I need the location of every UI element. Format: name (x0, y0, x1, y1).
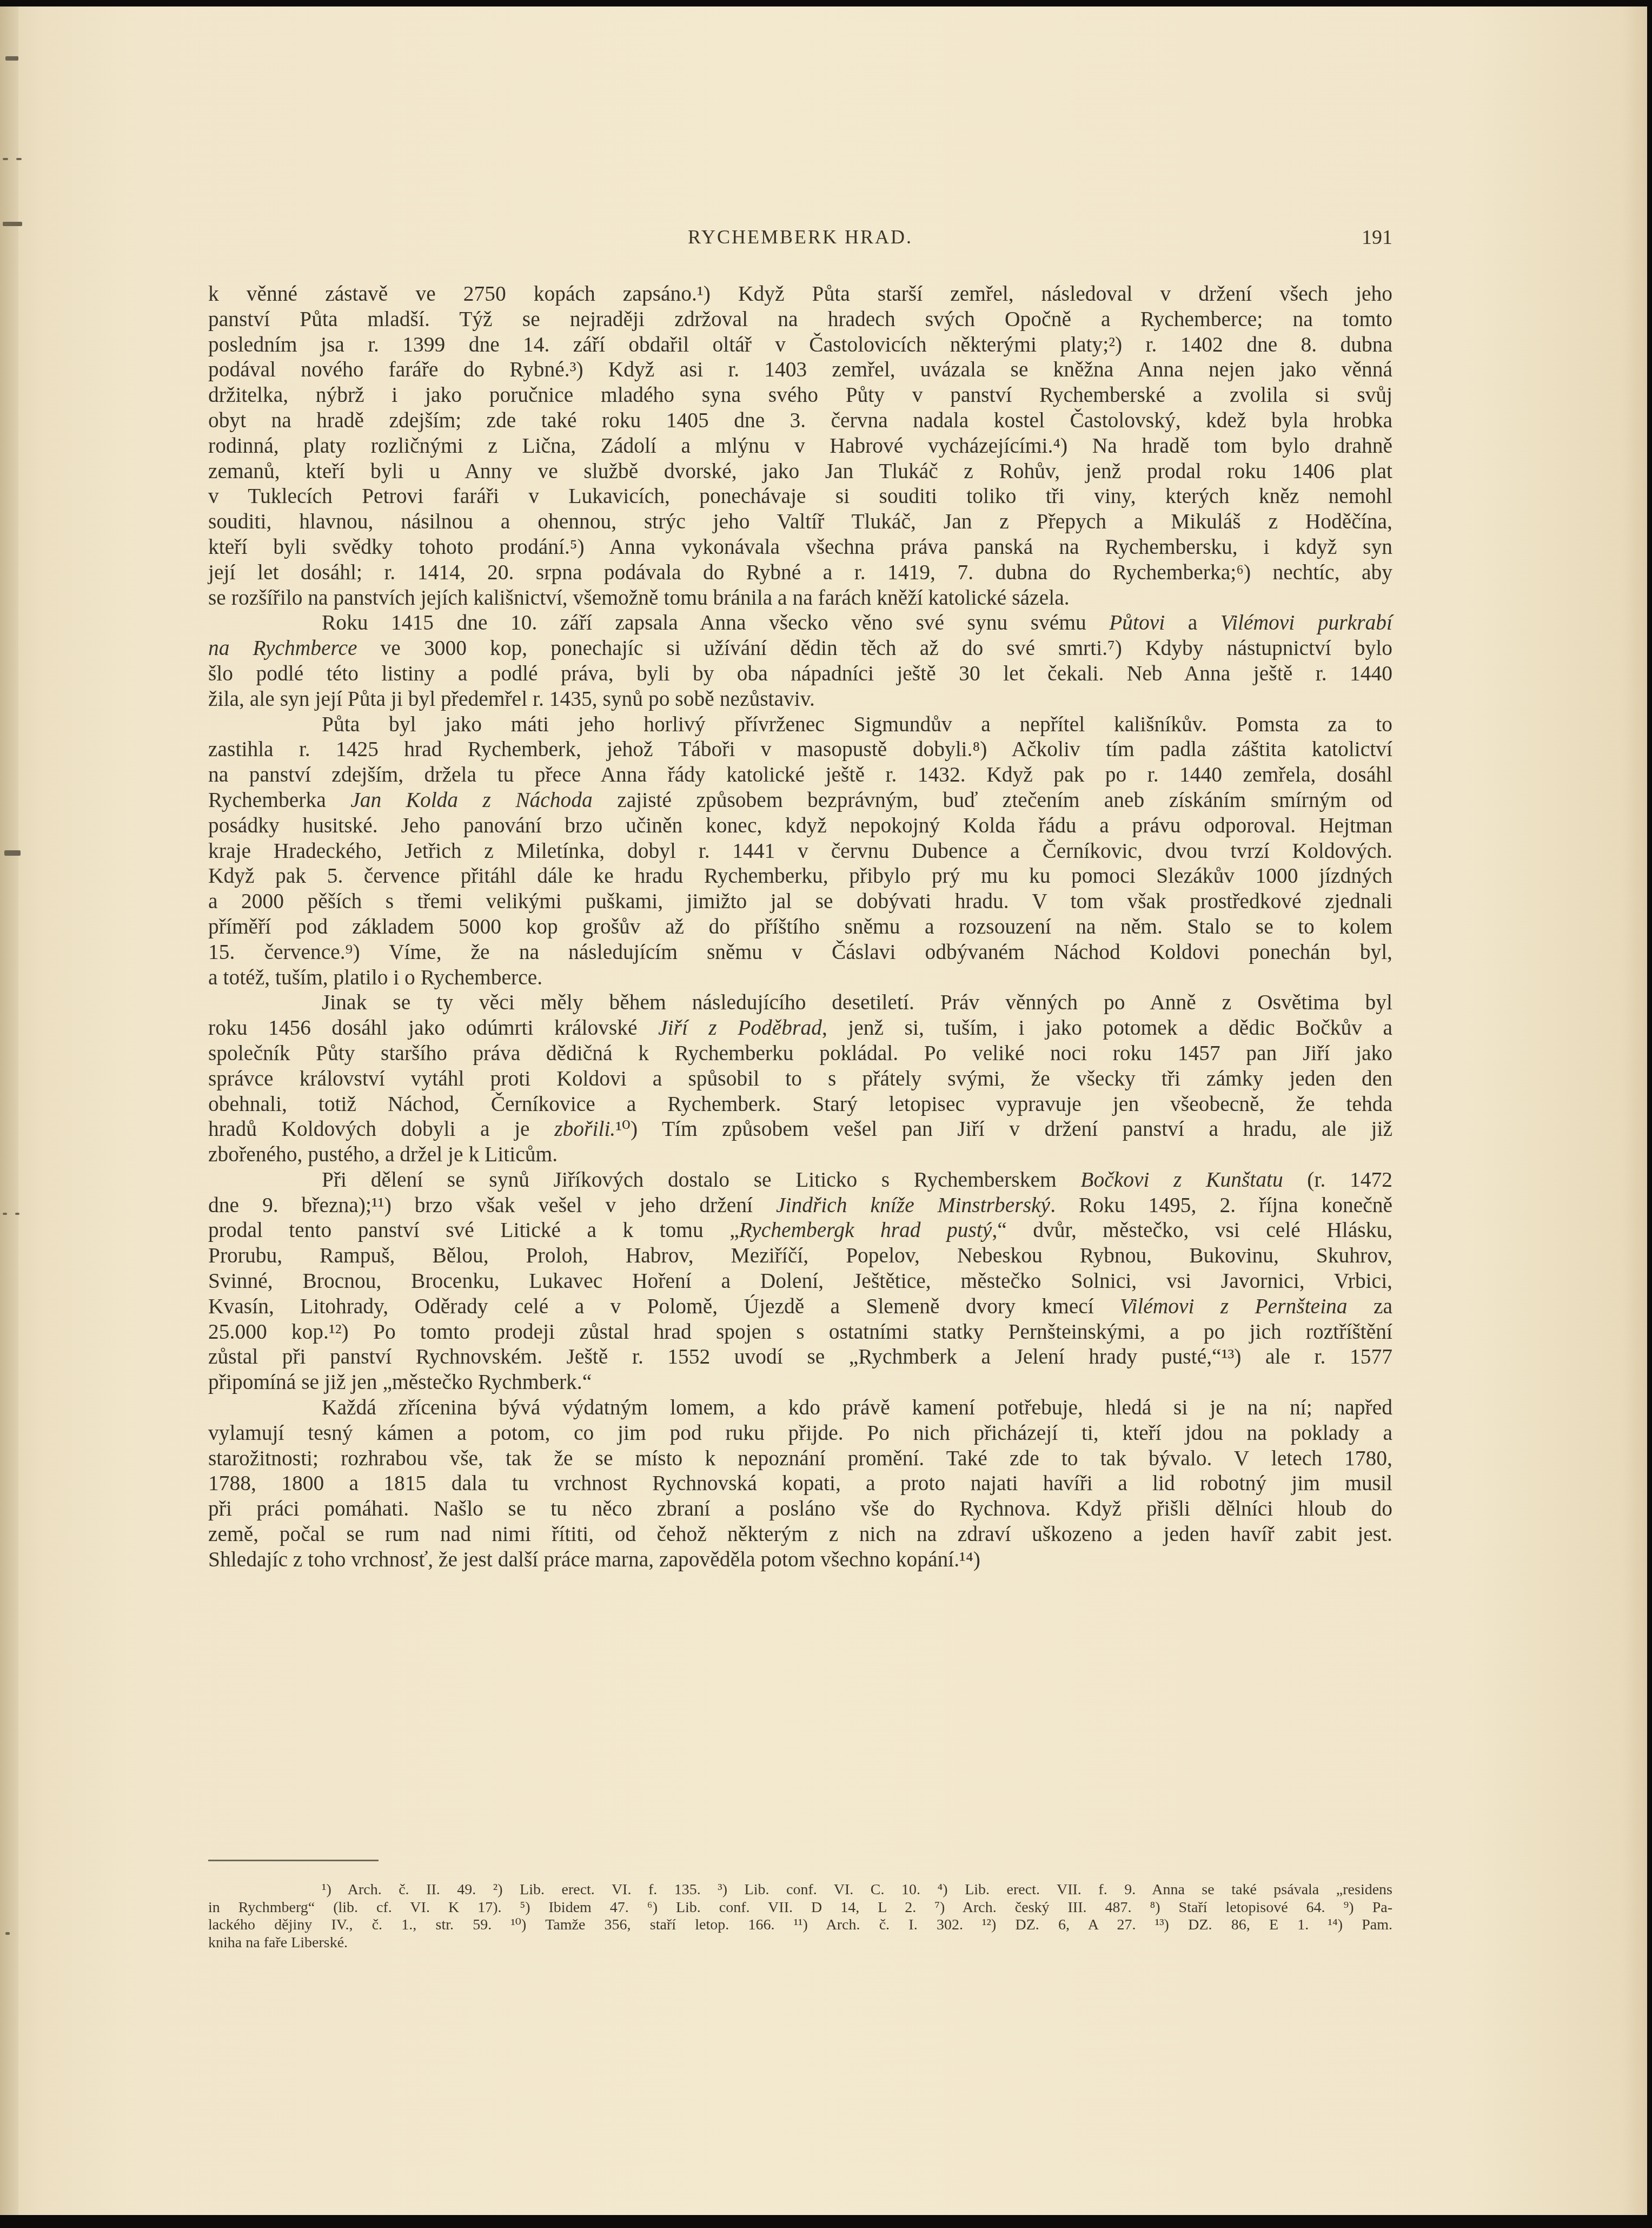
text-line: zastihla r. 1425 hrad Rychemberk, jehož … (208, 737, 1392, 762)
text-line: Jinak se ty věci měly během následujícíh… (208, 990, 1392, 1015)
text-line: a totéž, tuším, platilo i o Rychemberce. (208, 965, 1392, 990)
edge-mark (3, 1213, 7, 1215)
footnote-divider (208, 1860, 379, 1861)
text-line: kraje Hradeckého, Jetřich z Miletínka, d… (208, 838, 1392, 864)
italic-name: Bočkovi z Kunštatu (1080, 1168, 1283, 1192)
paragraph-6: Každá zřícenina bývá výdatným lomem, a k… (208, 1395, 1392, 1572)
text-line: Svinné, Brocnou, Brocenku, Lukavec Hořen… (208, 1268, 1392, 1294)
running-title: RYCHEMBERK HRAD. (208, 226, 1392, 248)
text-line: na Rychmberce ve 3000 kop, ponechajíc si… (208, 636, 1392, 661)
footnote-line: ¹) Arch. č. II. 49. ²) Lib. erect. VI. f… (208, 1881, 1392, 1899)
text-line: v Tuklecích Petrovi faráři v Lukavicích,… (208, 484, 1392, 509)
text-line: Shledajíc z toho vrchnosť, že jest další… (208, 1547, 1392, 1572)
text-line: k věnné zástavě ve 2750 kopách zapsáno.¹… (208, 281, 1392, 307)
text-line: obyt na hradě zdejším; zde také roku 140… (208, 408, 1392, 433)
text-line: příměří pod základem 5000 kop grošův až … (208, 914, 1392, 940)
edge-mark (5, 56, 18, 61)
text-line: Rychemberka Jan Kolda z Náchoda zajisté … (208, 788, 1392, 813)
italic-name: Půtovi (1109, 611, 1165, 634)
text-line: 25.000 kop.¹²) Po tomto prodeji zůstal h… (208, 1319, 1392, 1345)
text-line: její let dosáhl; r. 1414, 20. srpna podá… (208, 560, 1392, 585)
italic-word: zbořili. (554, 1117, 615, 1141)
text-line: Půta byl jako máti jeho horlivý přívržen… (208, 712, 1392, 737)
text-line: vylamují tesný kámen a potom, co jim pod… (208, 1420, 1392, 1446)
paragraph-4: Jinak se ty věci měly během následujícíh… (208, 990, 1392, 1167)
text-line: posledním jsa r. 1399 dne 14. září obdař… (208, 332, 1392, 358)
edge-mark (4, 850, 21, 856)
paragraph-5: Při dělení se synů Jiříkových dostalo se… (208, 1167, 1392, 1395)
text-line: zemanů, kteří byli u Anny ve službě dvor… (208, 459, 1392, 484)
text-line: 1788, 1800 a 1815 dala tu vrchnost Rychn… (208, 1471, 1392, 1496)
paragraph-1: k věnné zástavě ve 2750 kopách zapsáno.¹… (208, 281, 1392, 610)
text-line: panství Půta mladší. Týž se nejraději zd… (208, 307, 1392, 332)
italic-name: Jindřich kníže Minstrberský (776, 1193, 1050, 1217)
edge-mark (3, 158, 8, 160)
italic-name: na Rychmberce (208, 636, 357, 660)
italic-name: Jiří z Poděbrad (658, 1016, 822, 1040)
text-line: při práci pomáhati. Našlo se tu něco zbr… (208, 1496, 1392, 1522)
text-line: žila, ale syn její Půta ji byl předemřel… (208, 686, 1392, 712)
paragraph-2: Roku 1415 dne 10. září zapsala Anna všec… (208, 610, 1392, 711)
text-line: souditi, hlavnou, násilnou a ohennou, st… (208, 509, 1392, 534)
text-line: obehnali, totiž Náchod, Černíkovice a Ry… (208, 1092, 1392, 1117)
text-line: připomíná se již jen „městečko Rychmberk… (208, 1370, 1392, 1395)
text-line: zbořeného, pustého, a držel je k Liticům… (208, 1142, 1392, 1167)
text-line: Při dělení se synů Jiříkových dostalo se… (208, 1167, 1392, 1193)
text-line: starožitnosti; rozhrabou vše, tak že se … (208, 1446, 1392, 1471)
footnotes: ¹) Arch. č. II. 49. ²) Lib. erect. VI. f… (208, 1881, 1392, 1952)
text-line: země, počal se rum nad nimi řítiti, od č… (208, 1522, 1392, 1547)
text-line: a 2000 pěších s třemi velikými puškami, … (208, 889, 1392, 914)
text-line: 15. července.⁹) Víme, že na následujícím… (208, 940, 1392, 965)
text-line: posádky husitské. Jeho panování brzo uči… (208, 813, 1392, 838)
paragraph-3: Půta byl jako máti jeho horlivý přívržen… (208, 712, 1392, 990)
footnote-line: in Rychmberg“ (lib. cf. VI. K 17). ⁵) Ib… (208, 1899, 1392, 1917)
text-line: Roku 1415 dne 10. září zapsala Anna všec… (208, 610, 1392, 636)
text-line: Každá zřícenina bývá výdatným lomem, a k… (208, 1395, 1392, 1420)
edge-mark (15, 1213, 19, 1215)
running-header: RYCHEMBERK HRAD. 191 (208, 226, 1392, 258)
text-line: hradů Koldových dobyli a je zbořili.¹⁰) … (208, 1116, 1392, 1142)
text-line: společník Půty staršího práva dědičná k … (208, 1041, 1392, 1066)
text-line: správce království vytáhl proti Koldovi … (208, 1066, 1392, 1092)
italic-name: Vilémovi z Pernšteina (1120, 1294, 1348, 1318)
text-line: Prorubu, Rampuš, Bělou, Proloh, Habrov, … (208, 1243, 1392, 1268)
text-line: se rozšířilo na panstvích jejích kališni… (208, 585, 1392, 611)
text-line: držitelka, nýbrž i jako poručnice mladéh… (208, 382, 1392, 408)
page-number: 191 (1362, 226, 1392, 249)
text-line: prodal tento panství své Litické a k tom… (208, 1218, 1392, 1243)
italic-name: Jan Kolda z Náchoda (350, 788, 593, 812)
footnote-line: lackého dějiny IV., č. 1., str. 59. ¹⁰) … (208, 1916, 1392, 1934)
text-line: roku 1456 dosáhl jako odúmrti královské … (208, 1015, 1392, 1041)
text-line: rodinná, platy rozličnými z Lična, Zádol… (208, 433, 1392, 459)
text-line: kteří byli svědky tohoto prodání.⁵) Anna… (208, 534, 1392, 560)
italic-name: Vilémovi purkrabí (1220, 611, 1392, 634)
edge-mark (3, 222, 22, 226)
text-line: dne 9. března);¹¹) brzo však vešel v jeh… (208, 1193, 1392, 1218)
text-line: Když pak 5. července přitáhl dále ke hra… (208, 863, 1392, 889)
italic-quote: Rychembergk hrad pustý (739, 1218, 992, 1242)
edge-mark (16, 158, 22, 160)
text-line: Kvasín, Litohrady, Oděrady celé a v Polo… (208, 1294, 1392, 1319)
text-line: na panství zdejším, držela tu přece Anna… (208, 762, 1392, 788)
body-text: k věnné zástavě ve 2750 kopách zapsáno.¹… (208, 281, 1392, 1572)
text-line: podával nového faráře do Rybné.³) Když a… (208, 357, 1392, 382)
text-line: zůstal při panství Rychnovském. Ještě r.… (208, 1344, 1392, 1370)
text-line: šlo podlé této listiny a podlé práva, by… (208, 661, 1392, 686)
binding-edge (0, 6, 18, 2215)
footnote-line: kniha na faře Liberské. (208, 1934, 1392, 1952)
edge-mark (5, 1932, 10, 1935)
